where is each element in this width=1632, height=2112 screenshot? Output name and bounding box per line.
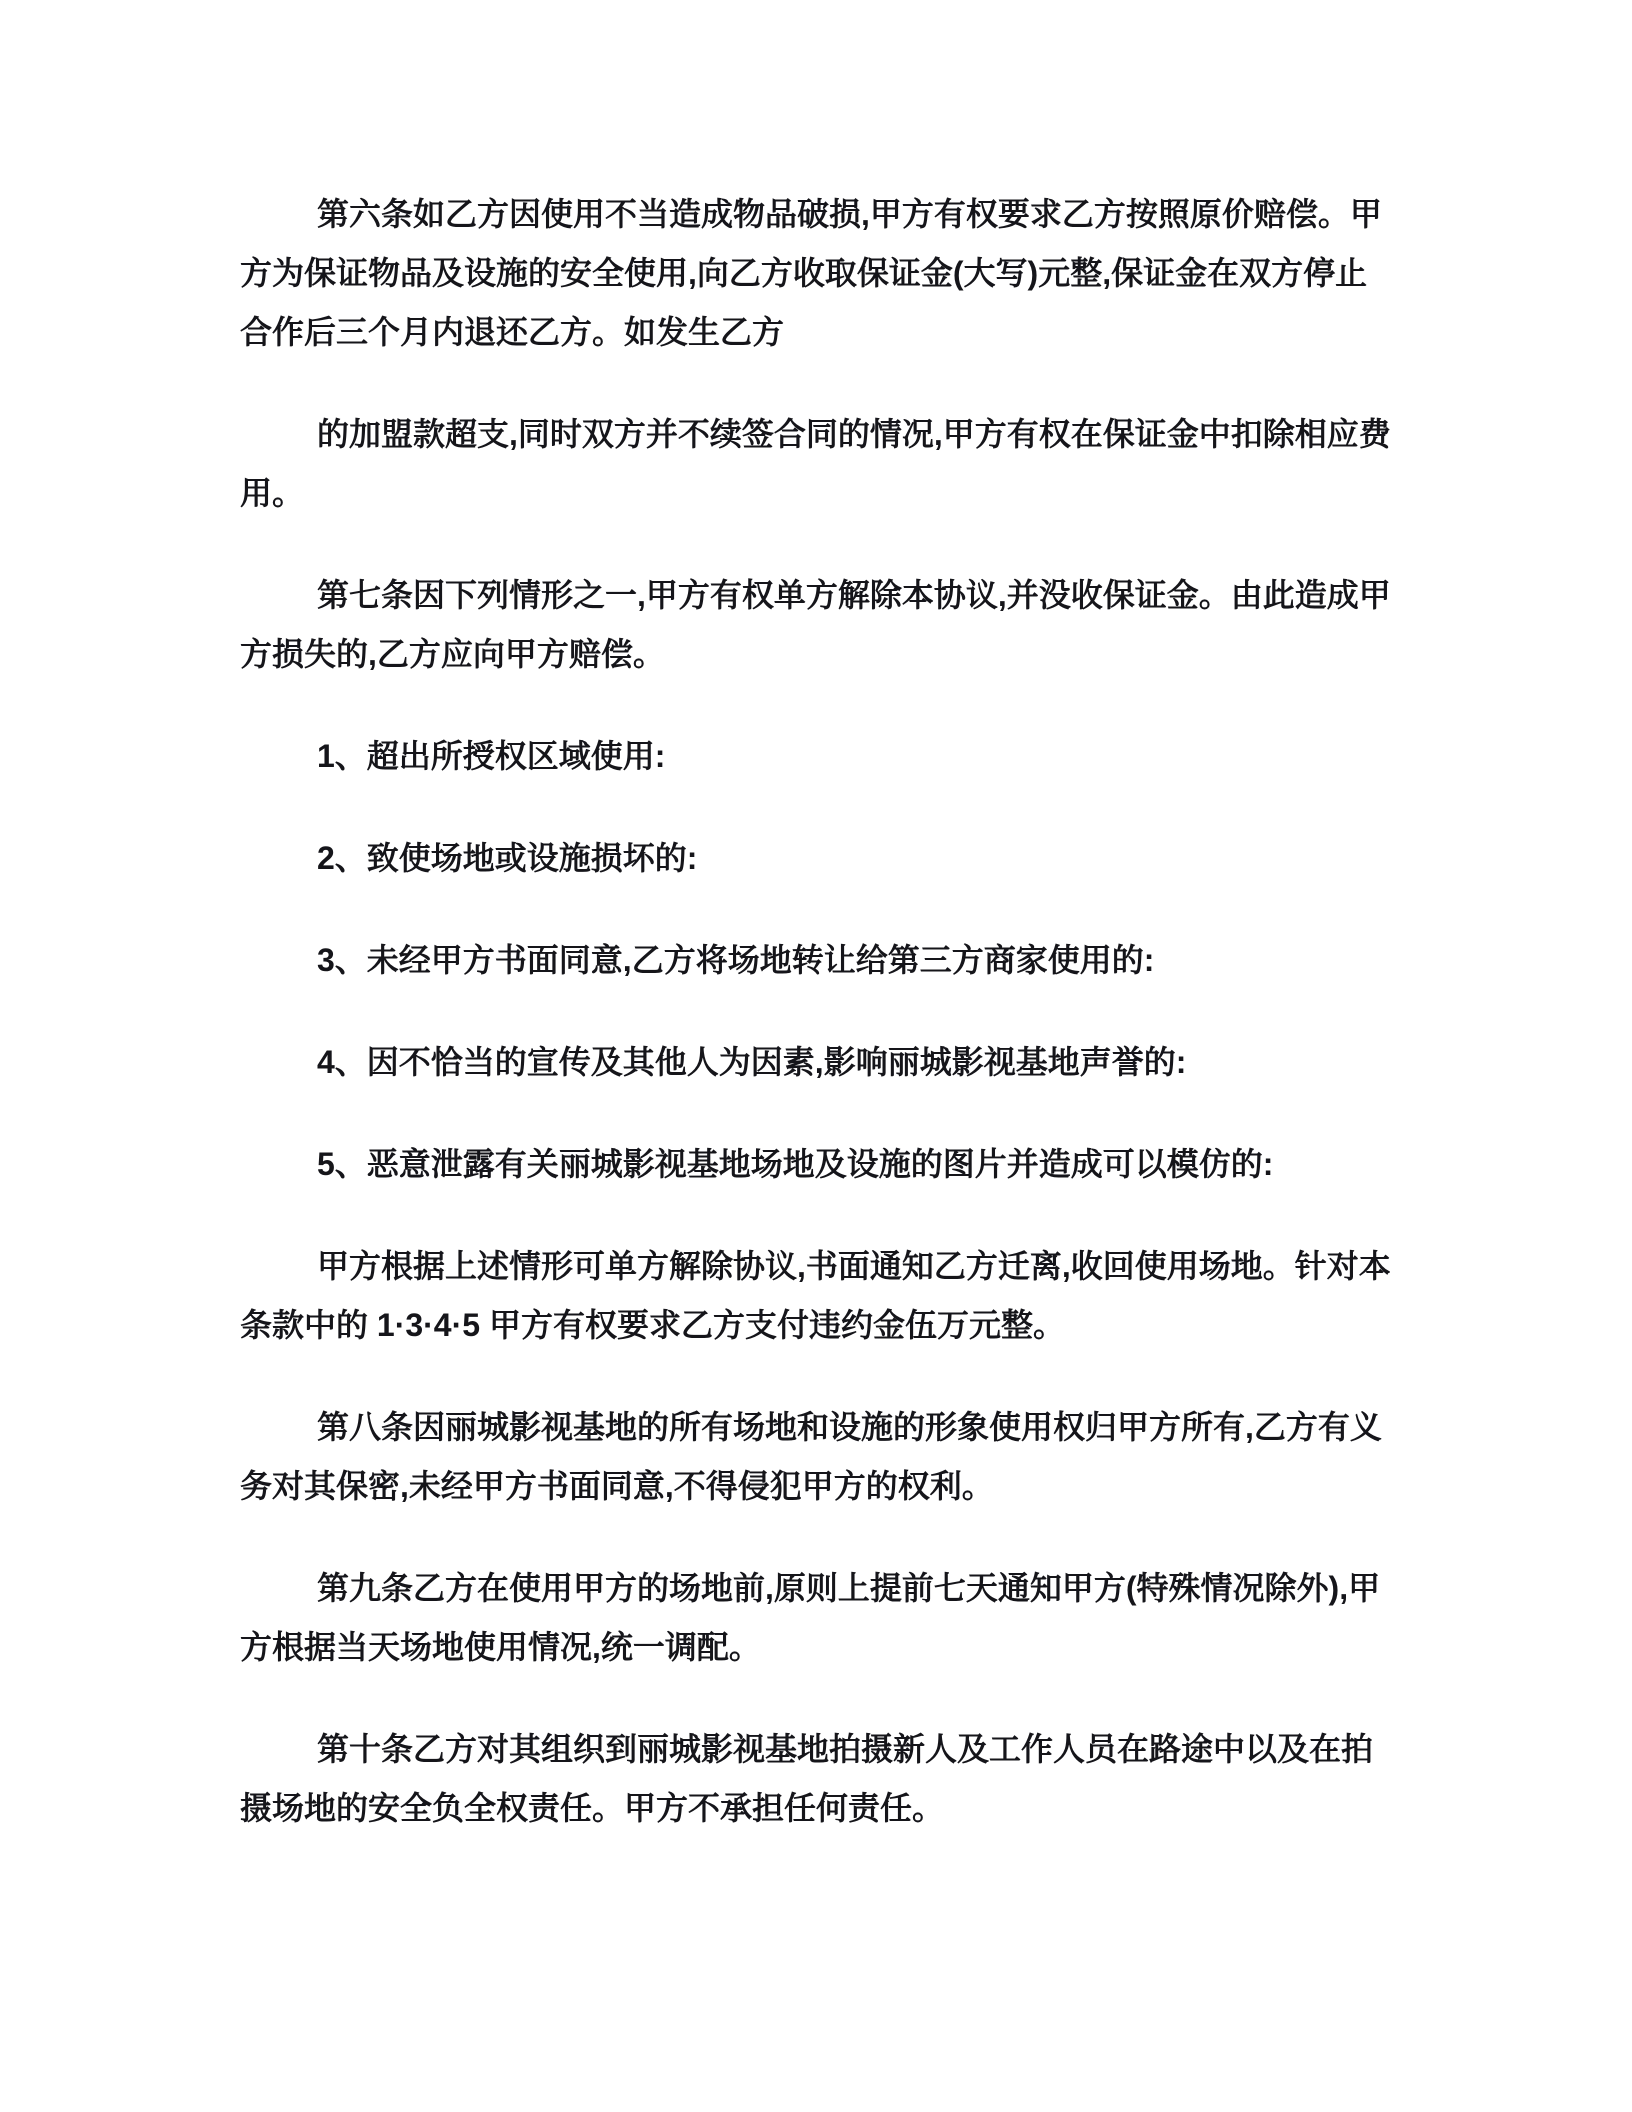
- text-line: 摄场地的安全负全权责任。甲方不承担任何责任。: [240, 1779, 1410, 1838]
- text-line: 第八条因丽城影视基地的所有场地和设施的形象使用权归甲方所有,乙方有义: [240, 1398, 1410, 1457]
- paragraph-6: 3、未经甲方书面同意,乙方将场地转让给第三方商家使用的:: [240, 931, 1410, 990]
- paragraph-2: 的加盟款超支,同时双方并不续签合同的情况,甲方有权在保证金中扣除相应费用。: [240, 405, 1410, 523]
- text-line: 第六条如乙方因使用不当造成物品破损,甲方有权要求乙方按照原价赔偿。甲: [240, 185, 1410, 244]
- text-line: 方损失的,乙方应向甲方赔偿。: [240, 625, 1410, 684]
- text-line: 方为保证物品及设施的安全使用,向乙方收取保证金(大写)元整,保证金在双方停止: [240, 244, 1410, 303]
- text-line: 的加盟款超支,同时双方并不续签合同的情况,甲方有权在保证金中扣除相应费: [240, 405, 1410, 464]
- text-line: 条款中的 1·3·4·5 甲方有权要求乙方支付违约金伍万元整。: [240, 1296, 1410, 1355]
- text-line: 第七条因下列情形之一,甲方有权单方解除本协议,并没收保证金。由此造成甲: [240, 566, 1410, 625]
- text-line: 5、恶意泄露有关丽城影视基地场地及设施的图片并造成可以模仿的:: [240, 1135, 1410, 1194]
- paragraph-10: 第八条因丽城影视基地的所有场地和设施的形象使用权归甲方所有,乙方有义务对其保密,…: [240, 1398, 1410, 1516]
- paragraph-11: 第九条乙方在使用甲方的场地前,原则上提前七天通知甲方(特殊情况除外),甲方根据当…: [240, 1559, 1410, 1677]
- text-line: 方根据当天场地使用情况,统一调配。: [240, 1618, 1410, 1677]
- text-line: 第九条乙方在使用甲方的场地前,原则上提前七天通知甲方(特殊情况除外),甲: [240, 1559, 1410, 1618]
- paragraph-4: 1、超出所授权区域使用:: [240, 727, 1410, 786]
- text-line: 4、因不恰当的宣传及其他人为因素,影响丽城影视基地声誉的:: [240, 1033, 1410, 1092]
- text-line: 2、致使场地或设施损坏的:: [240, 829, 1410, 888]
- text-line: 第十条乙方对其组织到丽城影视基地拍摄新人及工作人员在路途中以及在拍: [240, 1720, 1410, 1779]
- text-line: 务对其保密,未经甲方书面同意,不得侵犯甲方的权利。: [240, 1457, 1410, 1516]
- paragraph-5: 2、致使场地或设施损坏的:: [240, 829, 1410, 888]
- text-line: 合作后三个月内退还乙方。如发生乙方: [240, 303, 1410, 362]
- paragraph-9: 甲方根据上述情形可单方解除协议,书面通知乙方迁离,收回使用场地。针对本条款中的 …: [240, 1237, 1410, 1355]
- text-line: 甲方根据上述情形可单方解除协议,书面通知乙方迁离,收回使用场地。针对本: [240, 1237, 1410, 1296]
- paragraph-12: 第十条乙方对其组织到丽城影视基地拍摄新人及工作人员在路途中以及在拍摄场地的安全负…: [240, 1720, 1410, 1838]
- text-line: 3、未经甲方书面同意,乙方将场地转让给第三方商家使用的:: [240, 931, 1410, 990]
- paragraph-7: 4、因不恰当的宣传及其他人为因素,影响丽城影视基地声誉的:: [240, 1033, 1410, 1092]
- text-line: 用。: [240, 464, 1410, 523]
- paragraph-3: 第七条因下列情形之一,甲方有权单方解除本协议,并没收保证金。由此造成甲方损失的,…: [240, 566, 1410, 684]
- text-line: 1、超出所授权区域使用:: [240, 727, 1410, 786]
- contract-text-body: 第六条如乙方因使用不当造成物品破损,甲方有权要求乙方按照原价赔偿。甲方为保证物品…: [240, 185, 1410, 1838]
- document-page: 第六条如乙方因使用不当造成物品破损,甲方有权要求乙方按照原价赔偿。甲方为保证物品…: [0, 0, 1632, 2112]
- paragraph-8: 5、恶意泄露有关丽城影视基地场地及设施的图片并造成可以模仿的:: [240, 1135, 1410, 1194]
- paragraph-1: 第六条如乙方因使用不当造成物品破损,甲方有权要求乙方按照原价赔偿。甲方为保证物品…: [240, 185, 1410, 362]
